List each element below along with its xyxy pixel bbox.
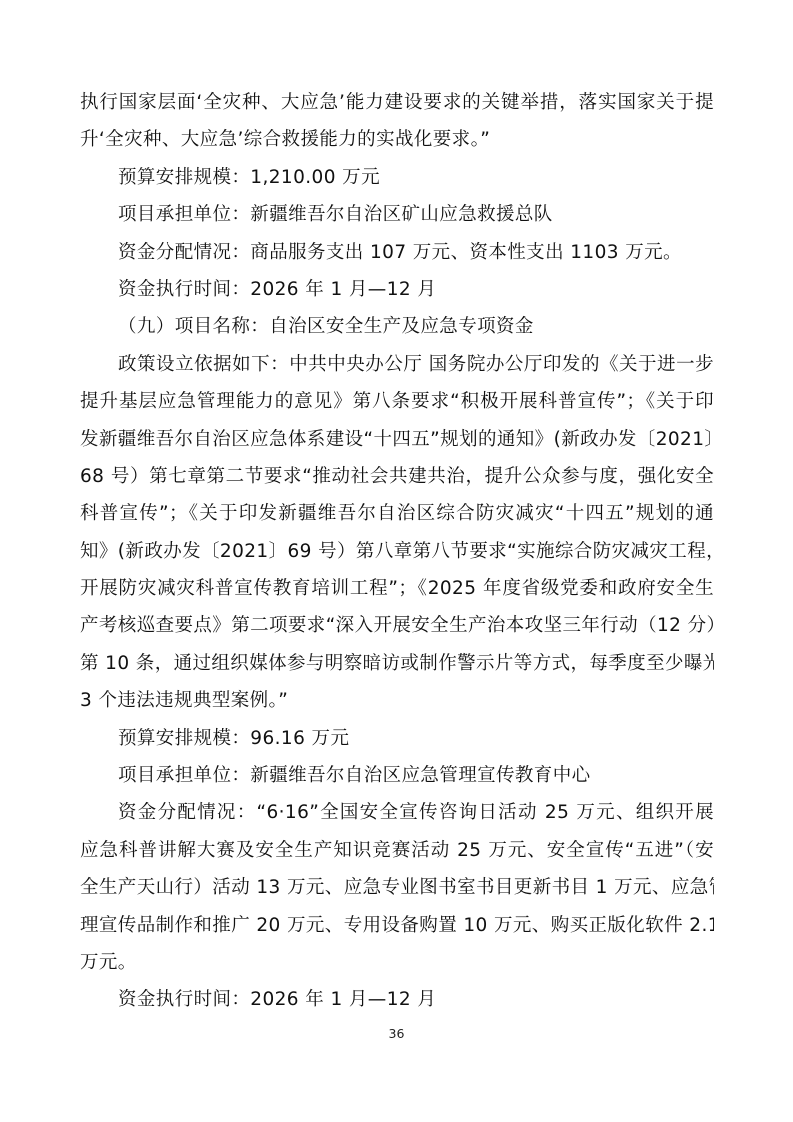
fund-allocation-9-line-2: 应急科普讲解大赛及安全生产知识竞赛活动 25 万元、安全宣传“五进”（安 xyxy=(80,832,714,869)
fund-allocation-9-line-1: 资金分配情况：“6·16”全国安全宣传咨询日活动 25 万元、组织开展 xyxy=(80,794,714,831)
project-9-heading: （九）项目名称：自治区安全生产及应急专项资金 xyxy=(80,308,714,345)
policy-9-line-8: 产考核巡查要点》第二项要求“深入开展安全生产治本攻坚三年行动（12 分） xyxy=(80,607,714,644)
fund-allocation-9-line-4: 理宣传品制作和推广 20 万元、专用设备购置 10 万元、购买正版化软件 2.1… xyxy=(80,907,714,944)
execution-time-9: 资金执行时间：2026 年 1 月—12 月 xyxy=(80,981,714,1018)
budget-scale-8: 预算安排规模：1,210.00 万元 xyxy=(80,159,714,196)
policy-9-line-6: 知》(新政办发〔2021〕69 号）第八章第八节要求“实施综合防灾减灾工程， xyxy=(80,533,714,570)
budget-scale-9: 预算安排规模：96.16 万元 xyxy=(80,720,714,757)
policy-9-line-2: 提升基层应急管理能力的意见》第八条要求“积极开展科普宣传”；《关于印 xyxy=(80,383,714,420)
policy-9-line-4: 68 号）第七章第二节要求“推动社会共建共治，提升公众参与度，强化安全 xyxy=(80,458,714,495)
fund-allocation-8: 资金分配情况：商品服务支出 107 万元、资本性支出 1103 万元。 xyxy=(80,234,714,271)
policy-continuation-line-2: 升‘全灾种、大应急’综合救援能力的实战化要求。” xyxy=(80,121,714,158)
policy-9-line-9: 第 10 条，通过组织媒体参与明察暗访或制作警示片等方式，每季度至少曝光 xyxy=(80,645,714,682)
responsible-unit-9: 项目承担单位：新疆维吾尔自治区应急管理宣传教育中心 xyxy=(80,757,714,794)
document-page: 执行国家层面‘全灾种、大应急’能力建设要求的关键举措，落实国家关于提 升‘全灾种… xyxy=(0,0,793,1122)
fund-allocation-9-line-3: 全生产天山行）活动 13 万元、应急专业图书室书目更新书目 1 万元、应急管 xyxy=(80,869,714,906)
policy-9-line-5: 科普宣传”；《关于印发新疆维吾尔自治区综合防灾减灾“十四五”规划的通 xyxy=(80,495,714,532)
policy-9-line-7: 开展防灾减灾科普宣传教育培训工程”；《2025 年度省级党委和政府安全生 xyxy=(80,570,714,607)
document-body: 执行国家层面‘全灾种、大应急’能力建设要求的关键举措，落实国家关于提 升‘全灾种… xyxy=(80,84,714,1019)
policy-continuation-line-1: 执行国家层面‘全灾种、大应急’能力建设要求的关键举措，落实国家关于提 xyxy=(80,84,714,121)
policy-9-line-10: 3 个违法违规典型案例。” xyxy=(80,682,714,719)
execution-time-8: 资金执行时间：2026 年 1 月—12 月 xyxy=(80,271,714,308)
fund-allocation-9-line-5: 万元。 xyxy=(80,944,714,981)
page-number: 36 xyxy=(0,1026,793,1041)
responsible-unit-8: 项目承担单位：新疆维吾尔自治区矿山应急救援总队 xyxy=(80,196,714,233)
policy-9-line-3: 发新疆维吾尔自治区应急体系建设“十四五”规划的通知》(新政办发〔2021〕 xyxy=(80,421,714,458)
policy-9-line-1: 政策设立依据如下：中共中央办公厅 国务院办公厅印发的《关于进一步 xyxy=(80,346,714,383)
